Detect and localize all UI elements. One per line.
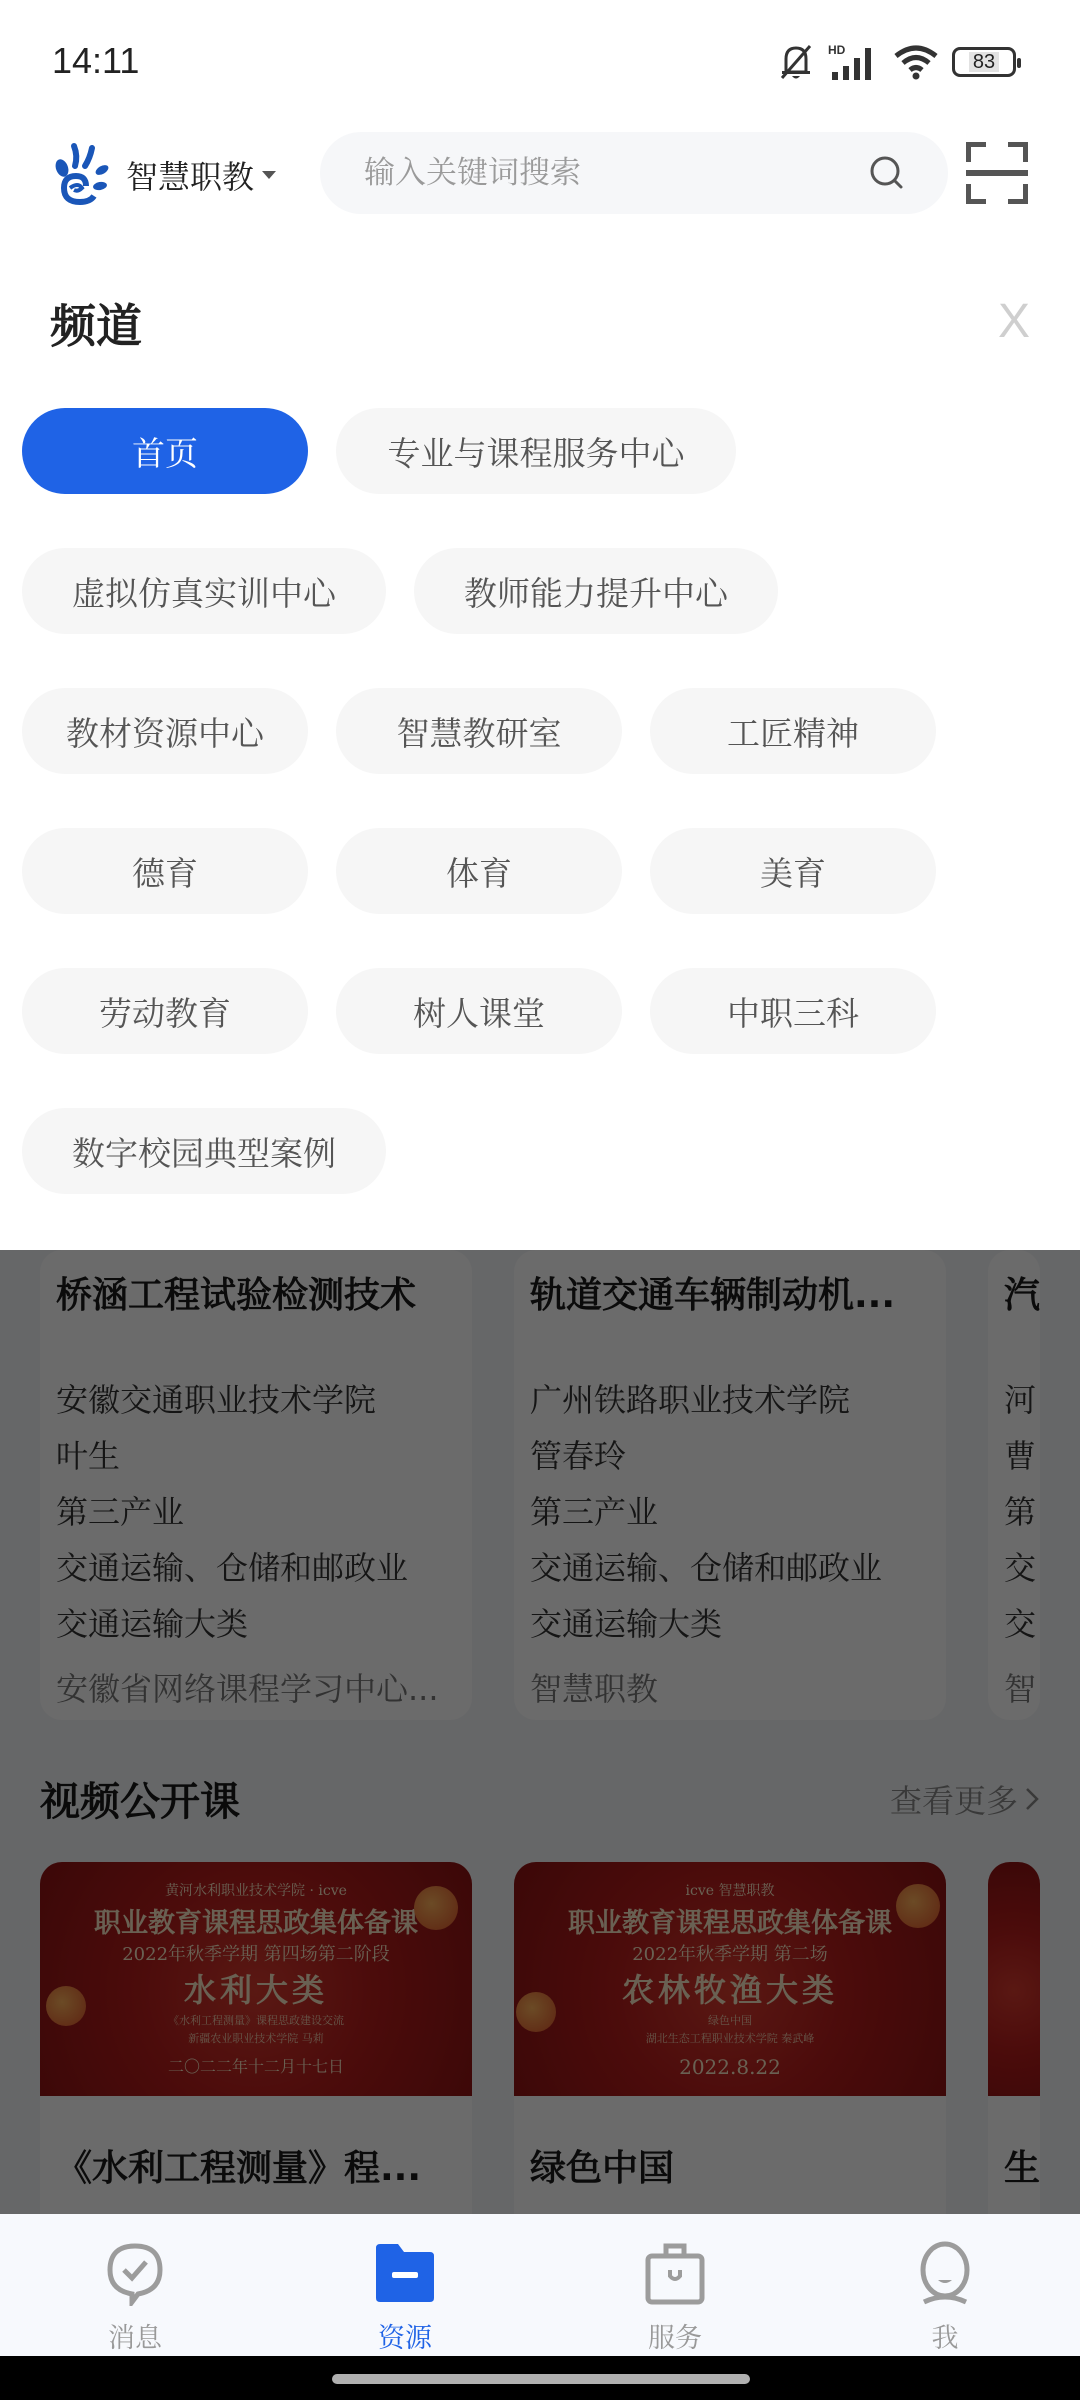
search-input[interactable] [364, 155, 868, 191]
channel-chip[interactable]: 智慧教研室 [336, 688, 622, 774]
nav-label: 资源 [378, 2316, 432, 2355]
nav-tab-me[interactable]: 我 [810, 2214, 1080, 2356]
channel-chip[interactable]: 工匠精神 [650, 688, 936, 774]
channel-row: 虚拟仿真实训中心 教师能力提升中心 [22, 548, 1062, 634]
hd-signal-icon: HD [828, 42, 880, 82]
channel-chip[interactable]: 数字校园典型案例 [22, 1108, 386, 1194]
channel-row: 劳动教育 树人课堂 中职三科 [22, 968, 1062, 1054]
channel-chip-home[interactable]: 首页 [22, 408, 308, 494]
channel-sheet: 14:11 HD 83 [0, 0, 1080, 1250]
channel-row: 数字校园典型案例 [22, 1108, 1062, 1194]
search-bar[interactable] [320, 132, 948, 214]
channel-panel-title: 频道 [50, 290, 142, 356]
svg-text:HD: HD [828, 43, 846, 57]
brand-switcher[interactable]: 智慧职教 [52, 140, 276, 210]
brand-name: 智慧职教 [126, 152, 254, 198]
channel-chip[interactable]: 美育 [650, 828, 936, 914]
battery-icon: 83 [952, 47, 1016, 77]
scan-icon[interactable] [966, 142, 1028, 204]
channel-chip[interactable]: 专业与课程服务中心 [336, 408, 736, 494]
channel-chip[interactable]: 德育 [22, 828, 308, 914]
channel-list: 首页 专业与课程服务中心 虚拟仿真实训中心 教师能力提升中心 教材资源中心 智慧… [22, 408, 1062, 1248]
nav-tab-services[interactable]: 服务 [540, 2214, 810, 2356]
channel-chip[interactable]: 教材资源中心 [22, 688, 308, 774]
message-check-icon [102, 2240, 168, 2306]
home-indicator[interactable] [332, 2374, 750, 2384]
nav-tab-messages[interactable]: 消息 [0, 2214, 270, 2356]
status-time: 14:11 [52, 40, 139, 82]
icve-logo-icon [52, 142, 114, 208]
close-icon[interactable]: X [998, 294, 1030, 349]
channel-chip[interactable]: 树人课堂 [336, 968, 622, 1054]
briefcase-icon [642, 2240, 708, 2306]
channel-row: 首页 专业与课程服务中心 [22, 408, 1062, 494]
channel-chip[interactable]: 劳动教育 [22, 968, 308, 1054]
nav-tab-resources[interactable]: 资源 [270, 2214, 540, 2356]
nav-label: 消息 [108, 2316, 162, 2355]
channel-chip[interactable]: 体育 [336, 828, 622, 914]
status-bar: 14:11 HD 83 [0, 0, 1080, 128]
search-icon[interactable] [868, 154, 906, 192]
channel-chip[interactable]: 虚拟仿真实训中心 [22, 548, 386, 634]
person-icon [912, 2240, 978, 2306]
app-header: 智慧职教 [0, 130, 1080, 220]
battery-percent: 83 [969, 52, 999, 72]
caret-down-icon [262, 171, 276, 179]
channel-chip[interactable]: 中职三科 [650, 968, 936, 1054]
bell-muted-icon [778, 42, 814, 82]
channel-row: 教材资源中心 智慧教研室 工匠精神 [22, 688, 1062, 774]
folder-icon [372, 2240, 438, 2306]
wifi-icon [894, 44, 938, 80]
system-gesture-bar [0, 2356, 1080, 2400]
nav-label: 服务 [648, 2316, 702, 2355]
nav-label: 我 [932, 2316, 959, 2355]
channel-chip[interactable]: 教师能力提升中心 [414, 548, 778, 634]
modal-backdrop[interactable] [0, 1250, 1080, 2214]
channel-row: 德育 体育 美育 [22, 828, 1062, 914]
bottom-nav: 消息 资源 服务 我 [0, 2214, 1080, 2356]
